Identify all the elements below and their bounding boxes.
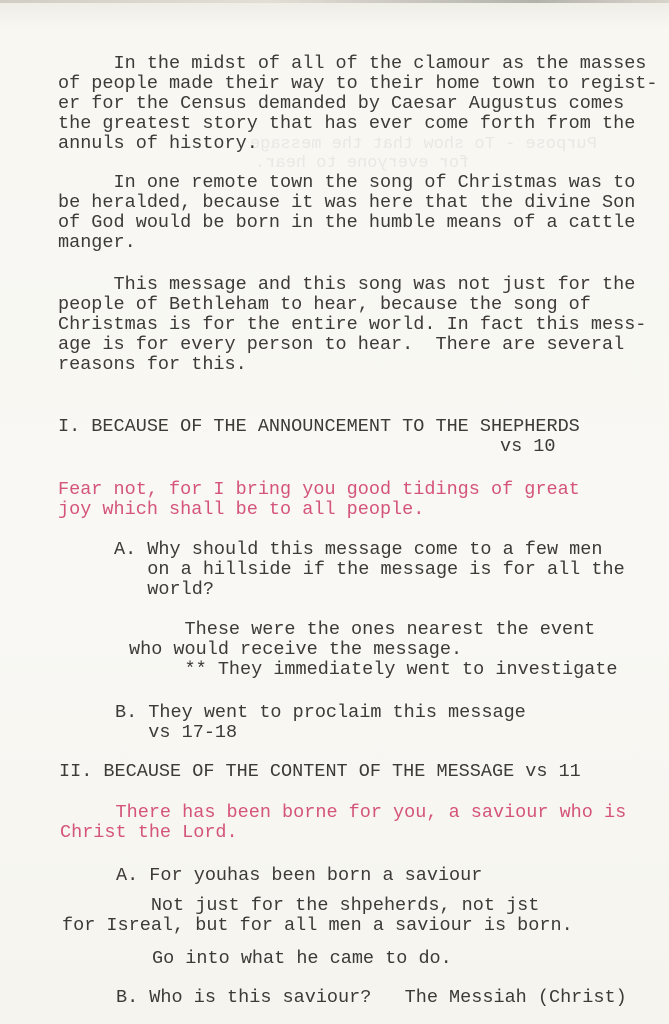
section-1-point-a-note: who would receive the message. [129, 640, 462, 660]
typewritten-page: Purpose - To show that the message for e… [0, 0, 669, 1024]
section-1-scripture-quote: Fear not, for I bring you good tidings o… [58, 480, 580, 500]
section-2-point-a-note-2: Go into what he came to do. [152, 949, 452, 969]
intro-paragraph-1-line: annuls of history. [58, 134, 258, 154]
section-2-point-b: B. Who is this saviour? The Messiah (Chr… [116, 988, 627, 1008]
section-1-point-a-note: ** They immediately went to investigate [129, 660, 617, 680]
intro-paragraph-3-line: Christmas is for the entire world. In fa… [58, 315, 646, 335]
intro-paragraph-2-line: manger. [58, 233, 136, 253]
intro-paragraph-1-line: In the midst of all of the clamour as th… [58, 54, 646, 74]
section-1-point-a-note: These were the ones nearest the event [129, 620, 595, 640]
intro-paragraph-3-line: This message and this song was not just … [58, 275, 635, 295]
section-1-point-a: A. Why should this message come to a few… [114, 540, 602, 560]
section-1-point-b: vs 17-18 [115, 723, 237, 743]
section-1-heading: I. BECAUSE OF THE ANNOUNCEMENT TO THE SH… [58, 417, 580, 437]
paper-edge [0, 0, 669, 3]
section-1-point-b: B. They went to proclaim this message [115, 703, 526, 723]
intro-paragraph-1-line: er for the Census demanded by Caesar Aug… [58, 94, 624, 114]
section-2-point-a: A. For youhas been born a saviour [116, 866, 482, 886]
section-1-point-a: world? [114, 580, 214, 600]
section-2-scripture-quote: Christ the Lord. [60, 823, 238, 843]
section-2-heading: II. BECAUSE OF THE CONTENT OF THE MESSAG… [59, 762, 581, 782]
section-1-scripture-quote: joy which shall be to all people. [58, 500, 424, 520]
section-1-verse-ref: vs 10 [500, 437, 556, 457]
intro-paragraph-2-line: of God would be born in the humble means… [58, 213, 635, 233]
intro-paragraph-3-line: age is for every person to hear. There a… [58, 335, 624, 355]
intro-paragraph-2-line: In one remote town the song of Christmas… [58, 173, 635, 193]
section-2-point-a-note: for Isreal, but for all men a saviour is… [62, 916, 573, 936]
intro-paragraph-1-line: of people made their way to their home t… [58, 74, 658, 94]
section-2-point-a-note: Not just for the shpeherds, not jst [62, 896, 539, 916]
section-1-point-a: on a hillside if the message is for all … [114, 560, 625, 580]
bleedthrough-line: for everyone to hear. [255, 154, 469, 174]
intro-paragraph-3-line: reasons for this. [58, 355, 247, 375]
intro-paragraph-1-line: the greatest story that has ever come fo… [58, 114, 635, 134]
intro-paragraph-3-line: people of Bethleham to hear, because the… [58, 295, 591, 315]
section-2-scripture-quote: There has been borne for you, a saviour … [60, 803, 626, 823]
bleedthrough-line: Purpose - To show that the message [250, 135, 597, 155]
intro-paragraph-2-line: be heralded, because it was here that th… [58, 193, 635, 213]
